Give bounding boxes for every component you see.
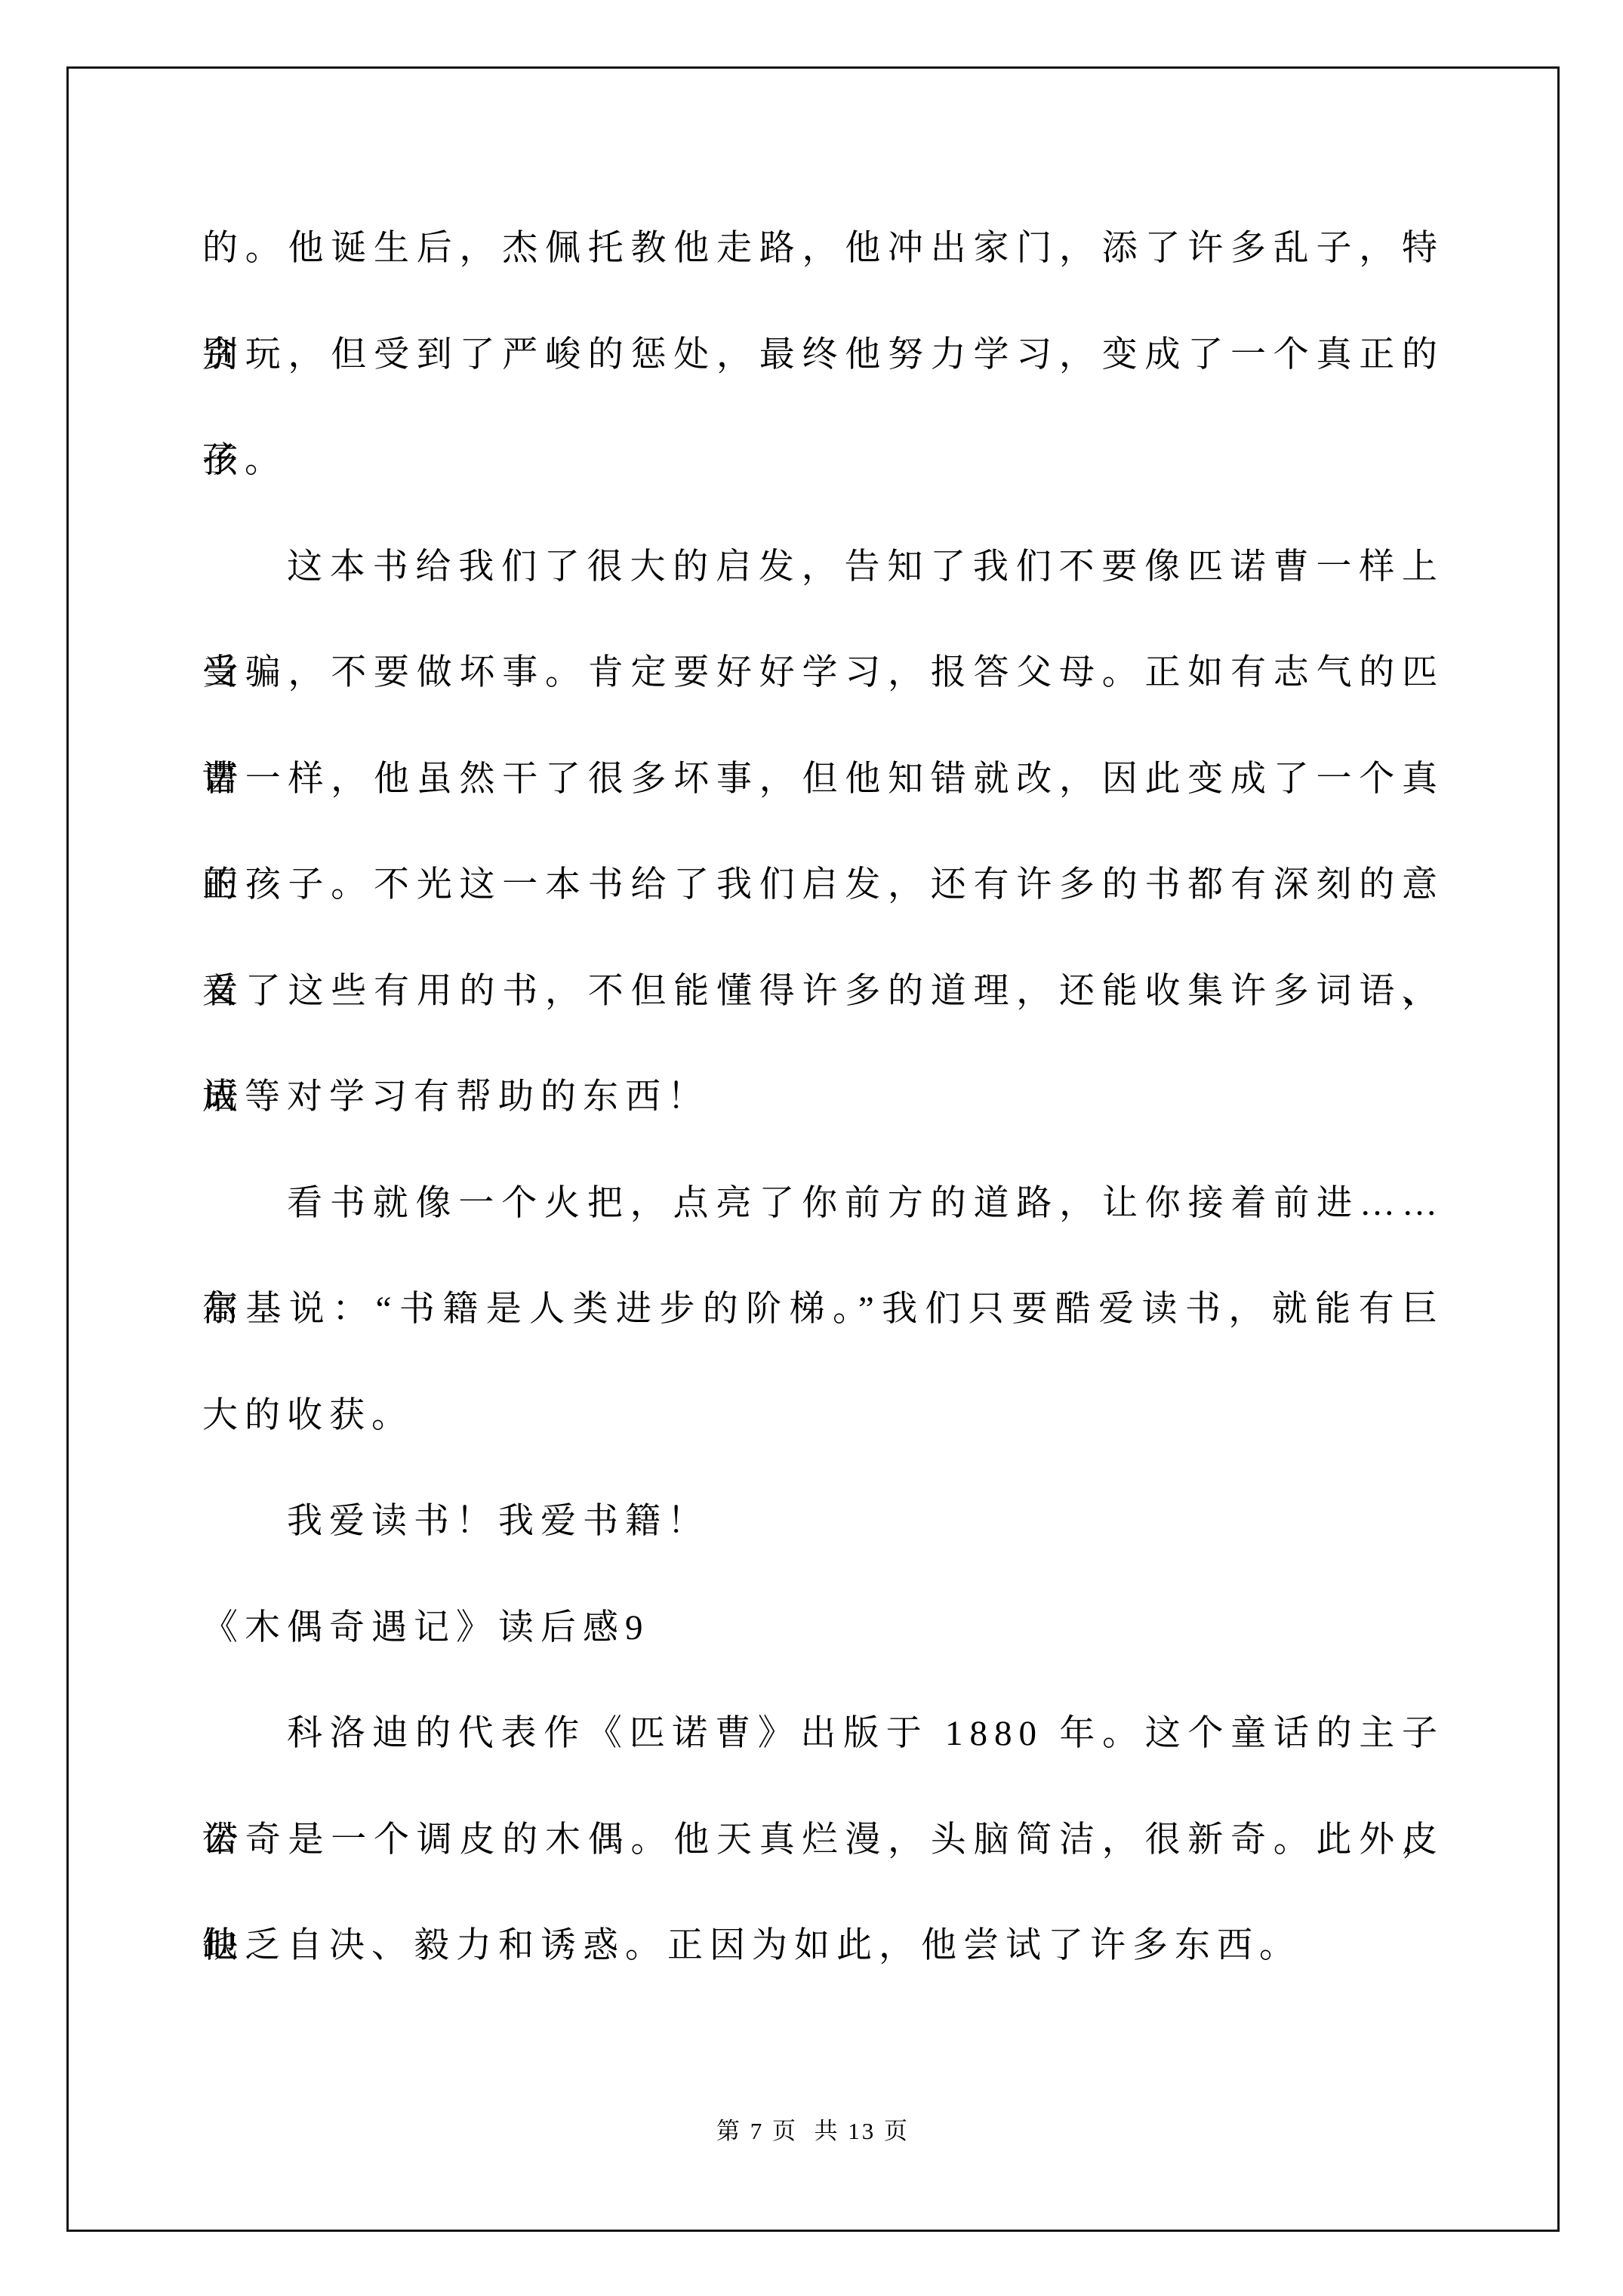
text-line: 看了这些有用的书，不但能懂得许多的道理，还能收集许多词语、成	[202, 938, 1444, 1045]
text-line: 贪玩，但受到了严峻的惩处，最终他努力学习，变成了一个真正的孩	[202, 302, 1444, 408]
text-line: 大的收获。	[202, 1363, 1444, 1469]
document-page: 的。他诞生后，杰佩托教他走路，他冲出家门，添了许多乱子，特别贪玩，但受到了严峻的…	[0, 0, 1623, 2296]
text-line: 的孩子。不光这一本书给了我们启发，还有许多的书都有深刻的意义，	[202, 832, 1444, 938]
text-line: 缺乏自决、毅力和诱惑。正因为如此，他尝试了许多东西。	[202, 1893, 1444, 1999]
text-line: 科洛迪的代表作《匹诺曹》出版于 1880 年。这个童话的主子公皮	[202, 1681, 1444, 1787]
text-line: 我爱读书！我爱书籍！	[202, 1469, 1444, 1575]
page-border: 的。他诞生后，杰佩托教他走路，他冲出家门，添了许多乱子，特别贪玩，但受到了严峻的…	[66, 66, 1560, 2232]
text-line: 《木偶奇遇记》读后感9	[202, 1575, 1444, 1681]
text-line: 的。他诞生后，杰佩托教他走路，他冲出家门，添了许多乱子，特别	[202, 196, 1444, 302]
text-block: 的。他诞生后，杰佩托教他走路，他冲出家门，添了许多乱子，特别贪玩，但受到了严峻的…	[202, 196, 1444, 1999]
text-line: 受骗，不要做坏事。肯定要好好学习，报答父母。正如有志气的匹诺	[202, 620, 1444, 726]
text-line: 看书就像一个火把，点亮了你前方的道路，让你接着前进……高	[202, 1151, 1444, 1257]
page-footer: 第 7 页 共 13 页	[69, 2112, 1557, 2146]
text-line: 尔基说：“书籍是人类进步的阶梯。”我们只要酷爱读书，就能有巨	[202, 1256, 1444, 1363]
text-line: 语等对学习有帮助的东西！	[202, 1044, 1444, 1151]
page-number: 第 7 页 共 13 页	[716, 2118, 910, 2144]
text-line: 子。	[202, 408, 1444, 514]
text-line: 这本书给我们了很大的启发，告知了我们不要像匹诺曹一样上当	[202, 514, 1444, 621]
text-line: 曹一样，他虽然干了很多坏事，但他知错就改，因此变成了一个真正	[202, 726, 1444, 833]
text-line: 诺奇是一个调皮的木偶。他天真烂漫，头脑简洁，很新奇。此外，他	[202, 1787, 1444, 1894]
